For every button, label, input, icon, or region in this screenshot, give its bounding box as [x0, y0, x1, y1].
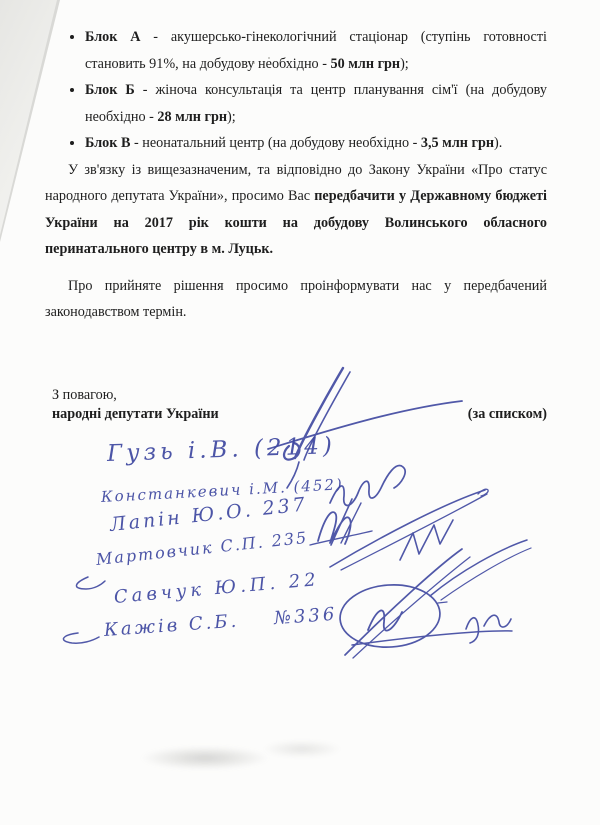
scanned-letter-page: Блок А - акушерсько-гінекологічний стаці… — [0, 0, 600, 825]
handwritten-signatures-area: Гузь і.В. (214) Констанкевич і.М. (452) … — [0, 0, 600, 825]
signature-ink-overlay — [0, 0, 600, 825]
